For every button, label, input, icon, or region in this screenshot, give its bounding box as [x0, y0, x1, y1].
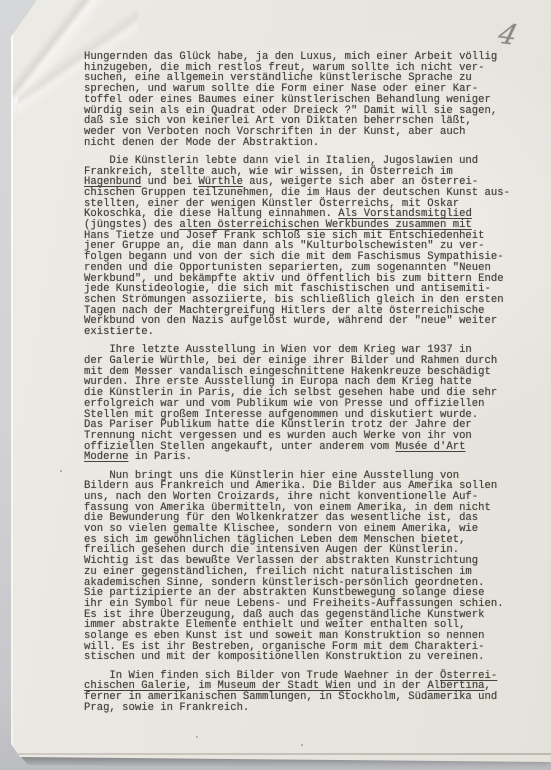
text-line: stischen und mit der kompositionellen Ko… [84, 652, 524, 663]
paragraph: Hungernden das Glück habe, ja den Luxus,… [84, 52, 524, 148]
paper-speck [301, 744, 303, 746]
photo-background: 4 Hungernden das Glück habe, ja den Luxu… [0, 0, 551, 770]
paper-speck [60, 470, 62, 472]
paper-speck [196, 736, 198, 738]
paragraph: In Wien finden sich Bilder von Trude Wae… [84, 671, 524, 714]
paragraph: Die Künstlerin lebte dann viel in Italie… [84, 156, 524, 338]
text-line: Prag, sowie in Frankreich. [84, 703, 524, 714]
paper-edge-highlight [11, 34, 13, 746]
text-line: nicht denen der Mode der Abstraktion. [84, 138, 524, 149]
paper-edge-shadow [18, 753, 551, 755]
text-line: existierte. [84, 327, 524, 338]
paragraph: Ihre letzte Ausstellung in Wien vor dem … [84, 345, 524, 463]
paper-speck [107, 226, 109, 228]
document-body: Hungernden das Glück habe, ja den Luxus,… [84, 52, 524, 713]
document-page: 4 Hungernden das Glück habe, ja den Luxu… [0, 0, 551, 770]
paragraph: Nun bringt uns die Künstlerin hier eine … [84, 471, 524, 664]
text-line: Moderne in Paris. [84, 452, 524, 463]
handwritten-page-number: 4 [495, 17, 521, 51]
